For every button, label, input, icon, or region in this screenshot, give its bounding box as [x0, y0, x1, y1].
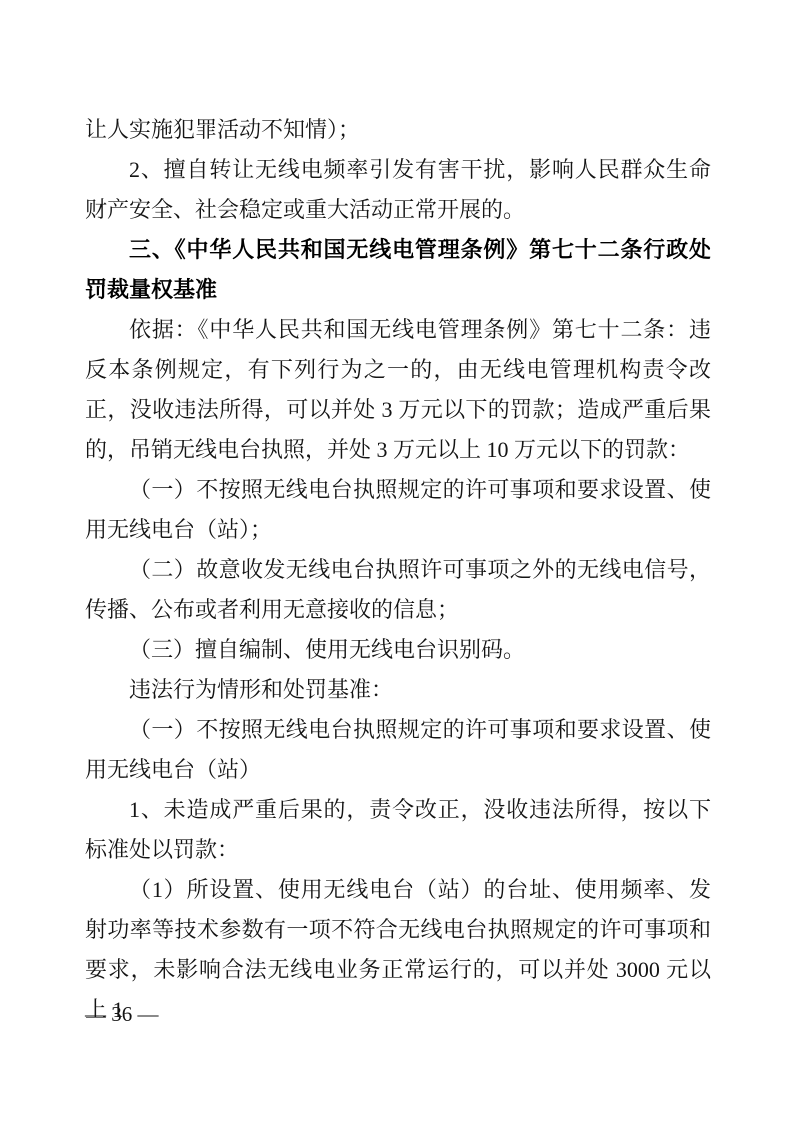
document-page: 让人实施犯罪活动不知情）； 2、擅自转让无线电频率引发有害干扰，影响人民群众生命…	[0, 0, 793, 1122]
paragraph-basis: 依据：《中华人民共和国无线电管理条例》第七十二条：违反本条例规定，有下列行为之一…	[85, 310, 711, 470]
section-heading: 三、《中华人民共和国无线电管理条例》第七十二条行政处罚裁量权基准	[85, 230, 711, 310]
paragraph-item-2: 2、擅自转让无线电频率引发有害干扰，影响人民群众生命财产安全、社会稳定或重大活动…	[85, 150, 711, 230]
page-number: — 36 —	[85, 998, 159, 1030]
paragraph-penalty-intro: 违法行为情形和处罚基准：	[85, 670, 711, 710]
paragraph-clause-2: （二）故意收发无线电台执照许可事项之外的无线电信号，传播、公布或者利用无意接收的…	[85, 550, 711, 630]
document-body: 让人实施犯罪活动不知情）； 2、擅自转让无线电频率引发有害干扰，影响人民群众生命…	[85, 110, 711, 1030]
paragraph-situation-1: （一）不按照无线电台执照规定的许可事项和要求设置、使用无线电台（站）	[85, 710, 711, 790]
paragraph-standard-1: 1、未造成严重后果的，责令改正，没收违法所得，按以下标准处以罚款：	[85, 790, 711, 870]
paragraph-continuation: 让人实施犯罪活动不知情）；	[85, 110, 711, 150]
paragraph-standard-1-item-1: （1）所设置、使用无线电台（站）的台址、使用频率、发射功率等技术参数有一项不符合…	[85, 870, 711, 1030]
paragraph-clause-3: （三）擅自编制、使用无线电台识别码。	[85, 630, 711, 670]
paragraph-clause-1: （一）不按照无线电台执照规定的许可事项和要求设置、使用无线电台（站）；	[85, 470, 711, 550]
